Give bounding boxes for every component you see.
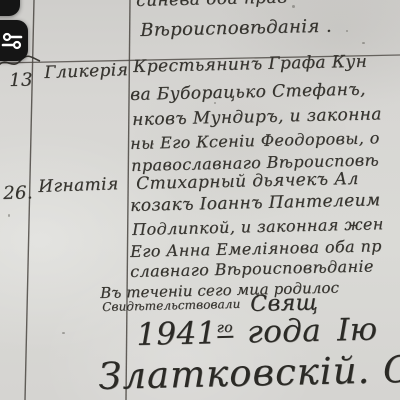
- paper-speck: [292, 5, 295, 8]
- header-line-2: Вѣроисповѣданія .: [140, 18, 332, 40]
- entry-name: Гликерія: [44, 62, 129, 82]
- entry-text-line: Стихарный дьячекъ Ал: [136, 171, 359, 193]
- entry-text-line: славнаго Вѣроисповѣданіе: [130, 258, 374, 280]
- paper-speck: [362, 42, 365, 44]
- year-suffix: го: [217, 319, 234, 337]
- month-start: Ію: [337, 312, 378, 349]
- signature-line: Златковскій. С: [98, 351, 400, 395]
- entry-name: Игнатія: [38, 176, 119, 196]
- sliders-icon: [0, 29, 24, 53]
- paper-speck: [62, 332, 65, 334]
- entry-text-line: ны Его Ксеніи Феодоровы, о: [130, 130, 380, 152]
- entry-text-line: Крестьянинъ Графа Кун: [133, 54, 367, 76]
- filter-button[interactable]: [0, 20, 28, 61]
- paper-speck: [8, 214, 10, 217]
- entry-text-line: нковъ Мундиръ, и законна: [132, 106, 382, 129]
- entry-number: 13: [9, 71, 33, 90]
- entry-number: 26.: [3, 184, 33, 203]
- year-line: 1941гогодаІю: [136, 315, 378, 351]
- entry-text-line: Подлипкой, и законная жен: [132, 216, 384, 238]
- entry-text-line: ва Буборацько Стефанъ,: [130, 82, 366, 104]
- toolbar-button-partial[interactable]: [0, 0, 20, 16]
- year-number: 1941: [136, 315, 217, 353]
- header-line-1: синева оба прав: [136, 0, 288, 10]
- year-word: года: [247, 313, 322, 351]
- entry-text-line: козакъ Іоаннъ Пантелеим: [130, 192, 381, 215]
- paper-speck: [346, 30, 348, 32]
- document-scan-view: синева оба прав Вѣроисповѣданія . 13 Гли…: [0, 0, 400, 400]
- witness-line: Свидѣтельствовали: [102, 298, 241, 313]
